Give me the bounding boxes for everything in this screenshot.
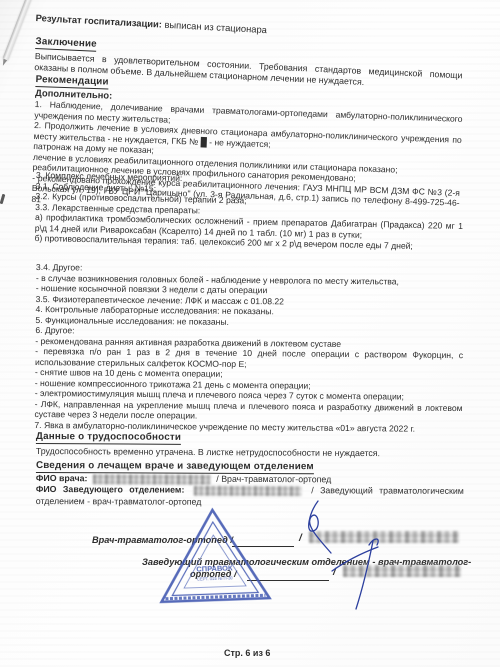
conclusion-title: Заключение: [35, 36, 97, 52]
edge-mark: [0, 194, 5, 204]
redacted-doctor-name: [93, 474, 211, 485]
page-number: Стр. 6 из 6: [224, 648, 270, 658]
signature-area: Врач-травматолог-ортопед / / Заведующий …: [0, 495, 500, 653]
doctor-label: ФИО врача:: [36, 473, 88, 483]
result-label: Результат госпитализации:: [35, 12, 162, 30]
recommendations-list-3: 3.4. Другое:- в случае возникновения гол…: [34, 262, 464, 434]
stamp-text-2: СЕРТ. 015 № П-30: [197, 575, 234, 581]
staff-title: Сведения о лечащем враче и заведующем от…: [36, 460, 314, 474]
signature-slash-1: /: [299, 533, 302, 544]
recommendations-list-2: 3. Комплекс лечебных мероприятий:3.1. Со…: [34, 170, 463, 252]
work-capacity-title: Данные о трудоспособности: [36, 431, 181, 445]
pen-object: [2, 0, 33, 61]
stamp-text-1: СПРАВОК: [196, 563, 233, 573]
redacted-head-signature-name: [343, 565, 461, 577]
result-value: выписан из стационара: [164, 19, 267, 35]
scanned-document-page: Результат госпитализации: выписан из ста…: [0, 0, 500, 667]
redacted-doctor-signature-name: [309, 531, 459, 543]
head-label: ФИО Заведующего отделением:: [36, 484, 185, 495]
triangular-stamp: СПРАВОК СЕРТ. 015 № П-30: [154, 505, 273, 607]
doctor-role: / Врач-травматолог-ортопед: [216, 474, 331, 485]
signature-slash-2: /: [333, 567, 336, 578]
